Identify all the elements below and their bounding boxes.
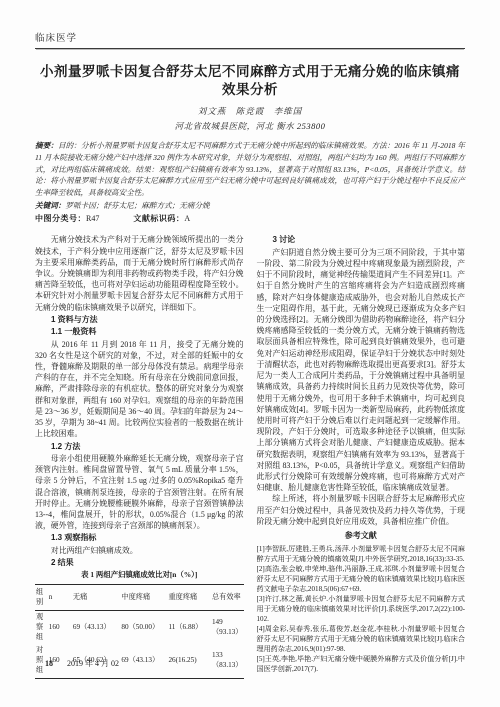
table-caption: 表 1 两组产妇镇痛成效比对[n（%）]: [35, 570, 244, 581]
indicators-paragraph: 对比两组产妇镇痛成效。: [35, 545, 244, 556]
reference-item: [5]王英,李艳,毕艳.产妇无痛分娩中硬膜外麻醉方式及价值分析[J].中国医学创…: [257, 654, 466, 674]
col-header-n: n: [48, 584, 72, 610]
section-heading-results: 2 结果: [35, 557, 244, 568]
conclusion-paragraph: 综上所述，将小剂量罗哌卡因联合舒芬太尼麻醉形式应用至产妇分娩过程中，具备见效快及…: [257, 493, 466, 527]
cell-severe: 11（6.88）: [167, 611, 210, 645]
reference-item: [3]许汀,林之薇,黄长炉.小剂量罗哌卡因复合舒芬太尼不同麻醉方式用于无痛分娩的…: [257, 594, 466, 624]
abstract-text: 目的：分析小剂量罗哌卡因复合舒芬太尼不同麻醉方式于无痛分娩中所起到的临床镇痛效果…: [35, 141, 465, 197]
classification-line: 中图分类号：R47文献标识码：A: [35, 213, 465, 225]
doc-code-label: 文献标识码：: [133, 214, 184, 223]
clc-label: 中图分类号：: [35, 214, 86, 223]
page-number: 18: [45, 659, 53, 668]
col-header-total: 总有效率: [211, 584, 244, 610]
col-header-group: 组别: [35, 584, 48, 610]
journal-section-header: 临床医学: [35, 30, 465, 49]
references-title: 参考文献: [257, 530, 466, 541]
paper-page: 临床医学 小剂量罗哌卡因复合舒芬太尼不同麻醉方式用于无痛分娩的临床镇痛效果分析 …: [0, 0, 500, 707]
affiliation-line: 河北省故城县医院，河北 衡水 253800: [35, 120, 465, 132]
article-title: 小剂量罗哌卡因复合舒芬太尼不同麻醉方式用于无痛分娩的临床镇痛效果分析: [35, 63, 465, 98]
discussion-paragraph: 产妇阴道自然分娩主要可分为三项不同阶段，于其中第一阶段、第二阶段为分娩过程中疼痛…: [257, 247, 466, 494]
cell-painless: 69（43.13）: [72, 611, 121, 645]
footer-date: 2019 年 4 月 02: [67, 659, 119, 668]
authors-line: 刘文燕 陈竞霞 李维国: [35, 105, 465, 117]
abstract-paragraph: 摘要：目的：分析小剂量罗哌卡因复合舒芬太尼不同麻醉方式于无痛分娩中所起到的临床镇…: [35, 140, 465, 199]
clc-value: R47: [86, 214, 99, 223]
table-row: 观察组 160 69（43.13） 80（50.00） 11（6.88） 149…: [35, 611, 244, 645]
subsection-heading-general-data: 1.1 一般资料: [35, 326, 244, 337]
doc-code-value: A: [184, 214, 190, 223]
cell-n: 160: [48, 611, 72, 645]
subsection-heading-indicators: 1.3 观察指标: [35, 532, 244, 543]
cell-total: 149（93.13）: [211, 611, 244, 645]
keywords-text: 罗哌卡因；舒芬太尼；麻醉方式；无痛分娩: [65, 201, 209, 210]
cell-moderate: 80（50.00）: [120, 611, 167, 645]
abstract-label: 摘要：: [35, 141, 58, 150]
cell-total: 133（83.13）: [211, 644, 244, 678]
keywords-label: 关键词：: [35, 201, 65, 210]
cell-moderate: 69（43.13）: [120, 644, 167, 678]
section-heading-discussion: 3 讨论: [257, 234, 466, 245]
col-header-severe: 重度疼痛: [167, 584, 210, 610]
reference-item: [4]周金彩,吴春秀,张乐,葛俊芳,赵金花,李桂秋.小剂量罗哌卡因复合舒芬太尼不…: [257, 624, 466, 654]
keywords-line: 关键词：罗哌卡因；舒芬太尼；麻醉方式；无痛分娩: [35, 200, 465, 211]
reference-item: [1]李智跃,厉建胜,王勇兵,汤萍.小剂量罗哌卡因复合舒芬太尼不同麻醉方式用于无…: [257, 544, 466, 564]
cell-group: 观察组: [35, 611, 48, 645]
col-header-painless: 无痛: [72, 584, 121, 610]
results-table-header: 组别 n 无痛 中度疼痛 重度疼痛 总有效率: [35, 584, 244, 610]
intro-paragraph: 无痛分娩技术为产科对于无痛分娩领域所提出的一类分娩技术，于产科分娩中应用逐渐广泛…: [35, 234, 244, 313]
section-heading-methods: 1 资料与方法: [35, 314, 244, 325]
page-footer: 182019 年 4 月 02: [45, 658, 119, 669]
method-paragraph: 母亲小组使用硬膜外麻醉延长无痛分娩，观察母亲子宫颈管内注射。椎间盘留置导管、氧气…: [35, 453, 244, 532]
reference-item: [2]高浩,张会敏,申荣坤,骆伟,冯丽静,王成,祁琪.小剂量罗哌卡因复合舒芬太尼…: [257, 564, 466, 594]
general-data-paragraph: 从 2016 年 11 月到 2018 年 11 月，接受了无痛分娩的 320 …: [35, 339, 244, 440]
col-header-moderate: 中度疼痛: [120, 584, 167, 610]
article-body-columns: 无痛分娩技术为产科对于无痛分娩领域所提出的一类分娩技术，于产科分娩中应用逐渐广泛…: [35, 234, 465, 681]
cell-severe: 26(16.25): [167, 644, 210, 678]
journal-section-label: 临床医学: [35, 34, 77, 44]
subsection-heading-method: 1.2 方法: [35, 441, 244, 452]
